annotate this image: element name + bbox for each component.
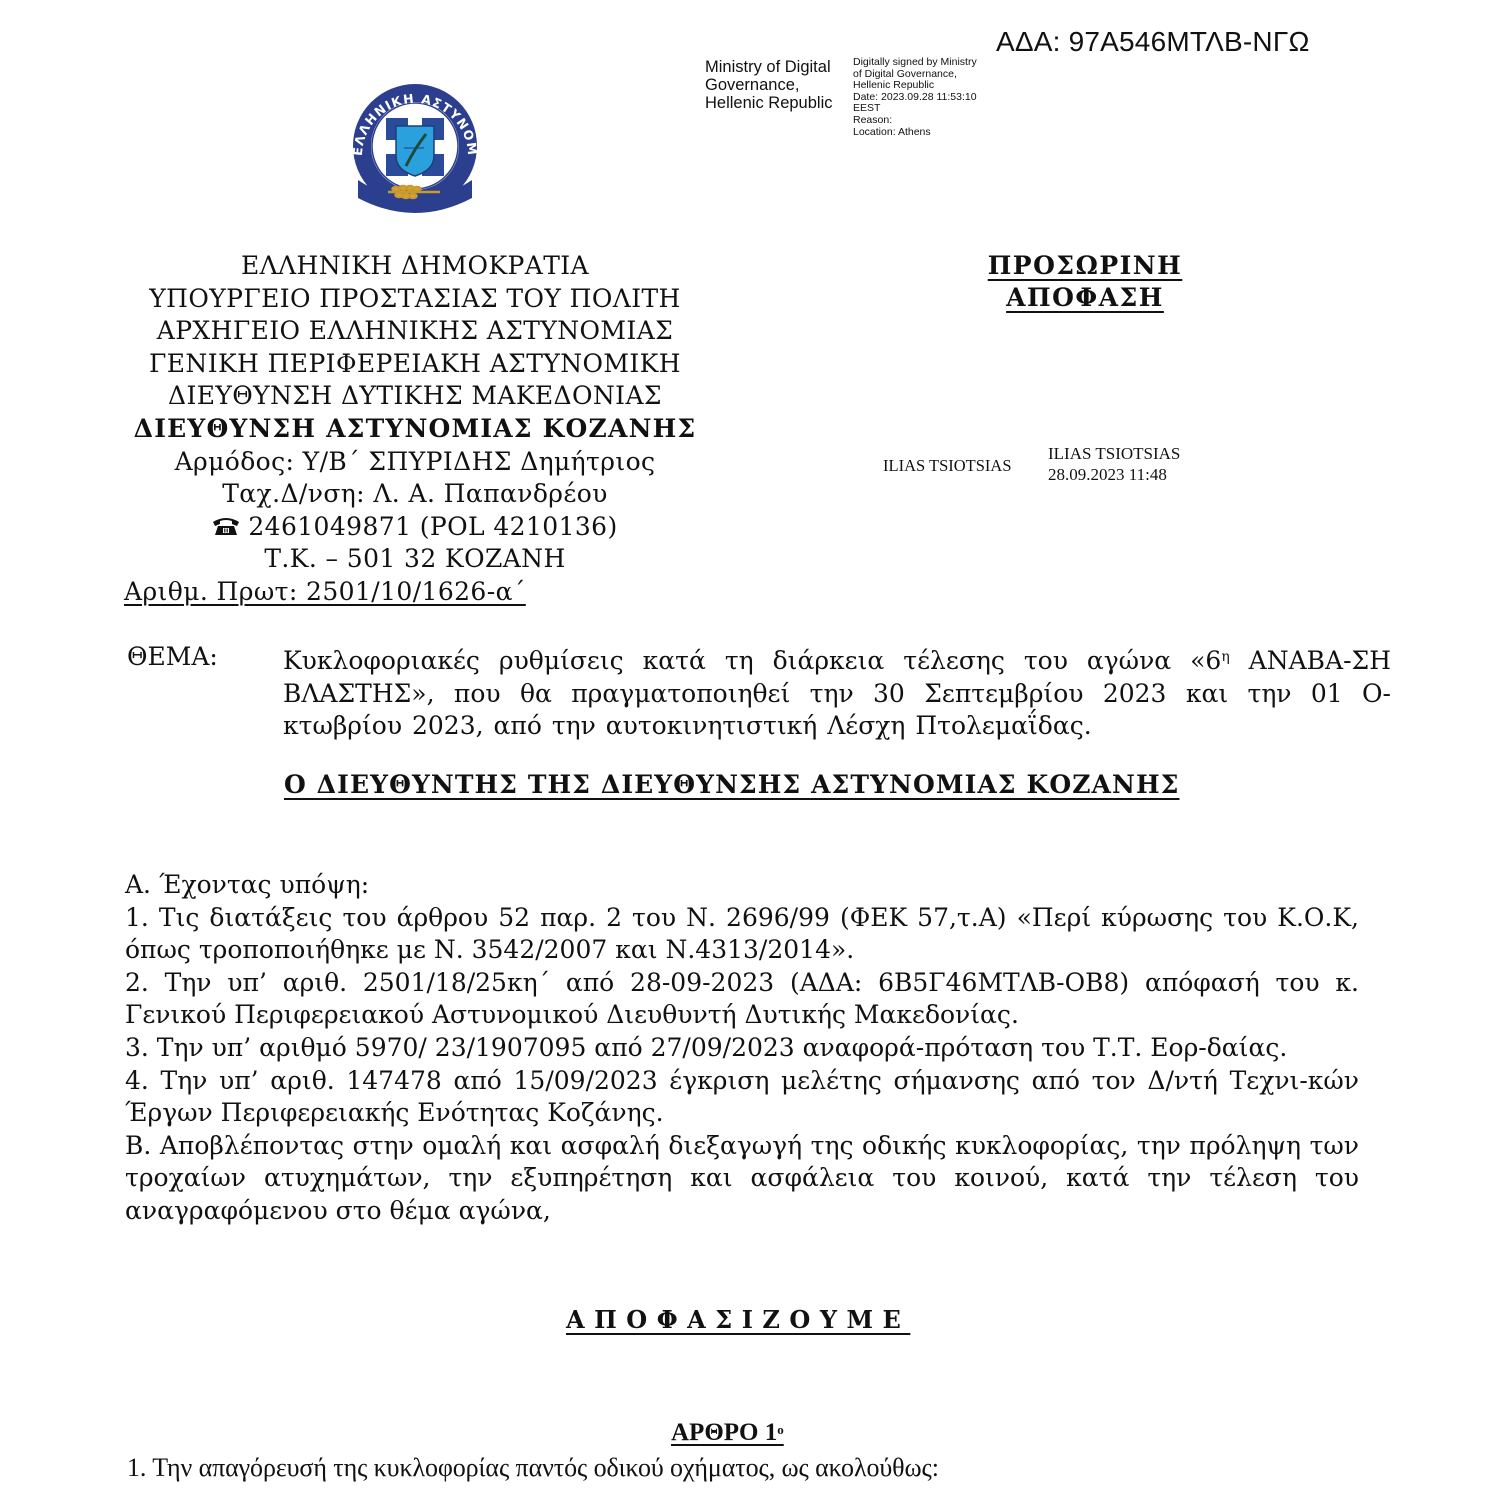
hellenic-police-emblem-icon: ΕΛΛΗΝΙΚΗ ΑΣΤΥΝΟΜΙΑ — [340, 78, 490, 218]
header-line: ΑΡΧΗΓΕΙΟ ΕΛΛΗΝΙΚΗΣ ΑΣΤΥΝΟΜΙΑΣ — [110, 315, 720, 348]
status-line-1: ΠΡΟΣΩΡΙΝΗ — [988, 251, 1183, 280]
digital-signature-details: Digitally signed by Ministry of Digital … — [853, 57, 977, 138]
phone-line: 2461049871 (POL 4210136) — [110, 511, 720, 544]
postal-code-city: Τ.Κ. – 501 32 ΚΟΖΑΝΗ — [110, 543, 720, 576]
signature-detail-line: Digitally signed by Ministry — [853, 57, 977, 69]
status-line-2: ΑΠΟΦΑΣΗ — [1006, 283, 1164, 312]
article-title-superscript: ο — [777, 1422, 784, 1437]
signature-ministry-line: Ministry of Digital — [705, 58, 832, 76]
subject-label: ΘΕΜΑ: — [127, 641, 218, 674]
consideration-item: 1. Τις διατάξεις του άρθρου 52 παρ. 2 το… — [125, 902, 1359, 967]
protocol-number: Αριθμ. Πρωτ: 2501/10/1626-α΄ — [124, 577, 526, 606]
postal-address: Ταχ.Δ/νση: Λ. Α. Παπανδρέου — [110, 478, 720, 511]
signer-stamp: ILIAS TSIOTSIAS 28.09.2023 11:48 — [1048, 443, 1180, 485]
director-heading-text: Ο ΔΙΕΥΘΥΝΤΗΣ ΤΗΣ ΔΙΕΥΘΥΝΣΗΣ ΑΣΤΥΝΟΜΙΑΣ Κ… — [284, 770, 1180, 799]
issuer-header: ΕΛΛΗΝΙΚΗ ΔΗΜΟΚΡΑΤΙΑ ΥΠΟΥΡΓΕΙΟ ΠΡΟΣΤΑΣΙΑΣ… — [110, 250, 720, 609]
director-heading: Ο ΔΙΕΥΘΥΝΤΗΣ ΤΗΣ ΔΙΕΥΘΥΝΣΗΣ ΑΣΤΥΝΟΜΙΑΣ Κ… — [284, 770, 1180, 799]
signer-name: ILIAS TSIOTSIAS — [883, 456, 1012, 476]
department-name: ΔΙΕΥΘΥΝΣΗ ΑΣΤΥΝΟΜΙΑΣ ΚΟΖΑΝΗΣ — [110, 413, 720, 446]
signature-ministry-line: Governance, — [705, 76, 832, 94]
article-heading: ΑΡΘΡΟ 1ο — [671, 1419, 784, 1447]
subject-superscript: η — [1221, 649, 1229, 665]
ada-identifier: ΑΔΑ: 97Α546ΜΤΛΒ-ΝΓΩ — [996, 26, 1310, 58]
protocol-number-line: Αριθμ. Πρωτ: 2501/10/1626-α΄ — [110, 576, 720, 609]
signer-stamp-name: ILIAS TSIOTSIAS — [1048, 443, 1180, 464]
subject-text: Κυκλοφοριακές ρυθμίσεις κατά τη διάρκεια… — [283, 641, 1391, 743]
considerations-intro: Α. Έχοντας υπόψη: — [125, 869, 1359, 902]
phone-number: 2461049871 (POL 4210136) — [248, 512, 617, 541]
article-title: ΑΡΘΡΟ 1 — [671, 1419, 777, 1446]
consideration-item: 4. Την υπ’ αριθ. 147478 από 15/09/2023 έ… — [125, 1065, 1359, 1130]
header-line: ΓΕΝΙΚΗ ΠΕΡΙΦΕΡΕΙΑΚΗ ΑΣΤΥΝΟΜΙΚΗ — [110, 348, 720, 381]
decision-heading-text: ΑΠΟΦΑΣΙΖΟΥΜΕ — [566, 1305, 910, 1334]
signature-ministry-line: Hellenic Republic — [705, 94, 832, 112]
consideration-purpose: Β. Αποβλέποντας στην ομαλή και ασφαλή δι… — [125, 1130, 1359, 1228]
subject-text-part: Κυκλοφοριακές ρυθμίσεις κατά τη διάρκεια… — [283, 646, 1221, 675]
consideration-item: 3. Την υπ’ αριθμό 5970/ 23/1907095 από 2… — [125, 1032, 1359, 1065]
header-line: ΕΛΛΗΝΙΚΗ ΔΗΜΟΚΡΑΤΙΑ — [110, 250, 720, 283]
document-status: ΠΡΟΣΩΡΙΝΗ ΑΠΟΦΑΣΗ — [900, 250, 1270, 314]
signature-detail-line: Reason: — [853, 115, 977, 127]
signer-stamp-date: 28.09.2023 11:48 — [1048, 464, 1180, 485]
digital-signature-ministry: Ministry of Digital Governance, Hellenic… — [705, 58, 832, 112]
article-clause: 1. Την απαγόρευσή της κυκλοφορίας παντός… — [127, 1453, 939, 1483]
telephone-icon — [212, 512, 240, 532]
considerations-section: Α. Έχοντας υπόψη: 1. Τις διατάξεις του ά… — [125, 869, 1359, 1228]
header-line: ΔΙΕΥΘΥΝΣΗ ΔΥΤΙΚΗΣ ΜΑΚΕΔΟΝΙΑΣ — [110, 380, 720, 413]
consideration-item: 2. Την υπ’ αριθ. 2501/18/25κη΄ από 28-09… — [125, 967, 1359, 1032]
contact-person: Αρμόδος: Υ/Β΄ ΣΠΥΡΙΔΗΣ Δημήτριος — [110, 446, 720, 479]
header-line: ΥΠΟΥΡΓΕΙΟ ΠΡΟΣΤΑΣΙΑΣ ΤΟΥ ΠΟΛΙΤΗ — [110, 283, 720, 316]
decision-heading: ΑΠΟΦΑΣΙΖΟΥΜΕ — [566, 1305, 910, 1334]
signature-detail-line: Location: Athens — [853, 127, 977, 139]
